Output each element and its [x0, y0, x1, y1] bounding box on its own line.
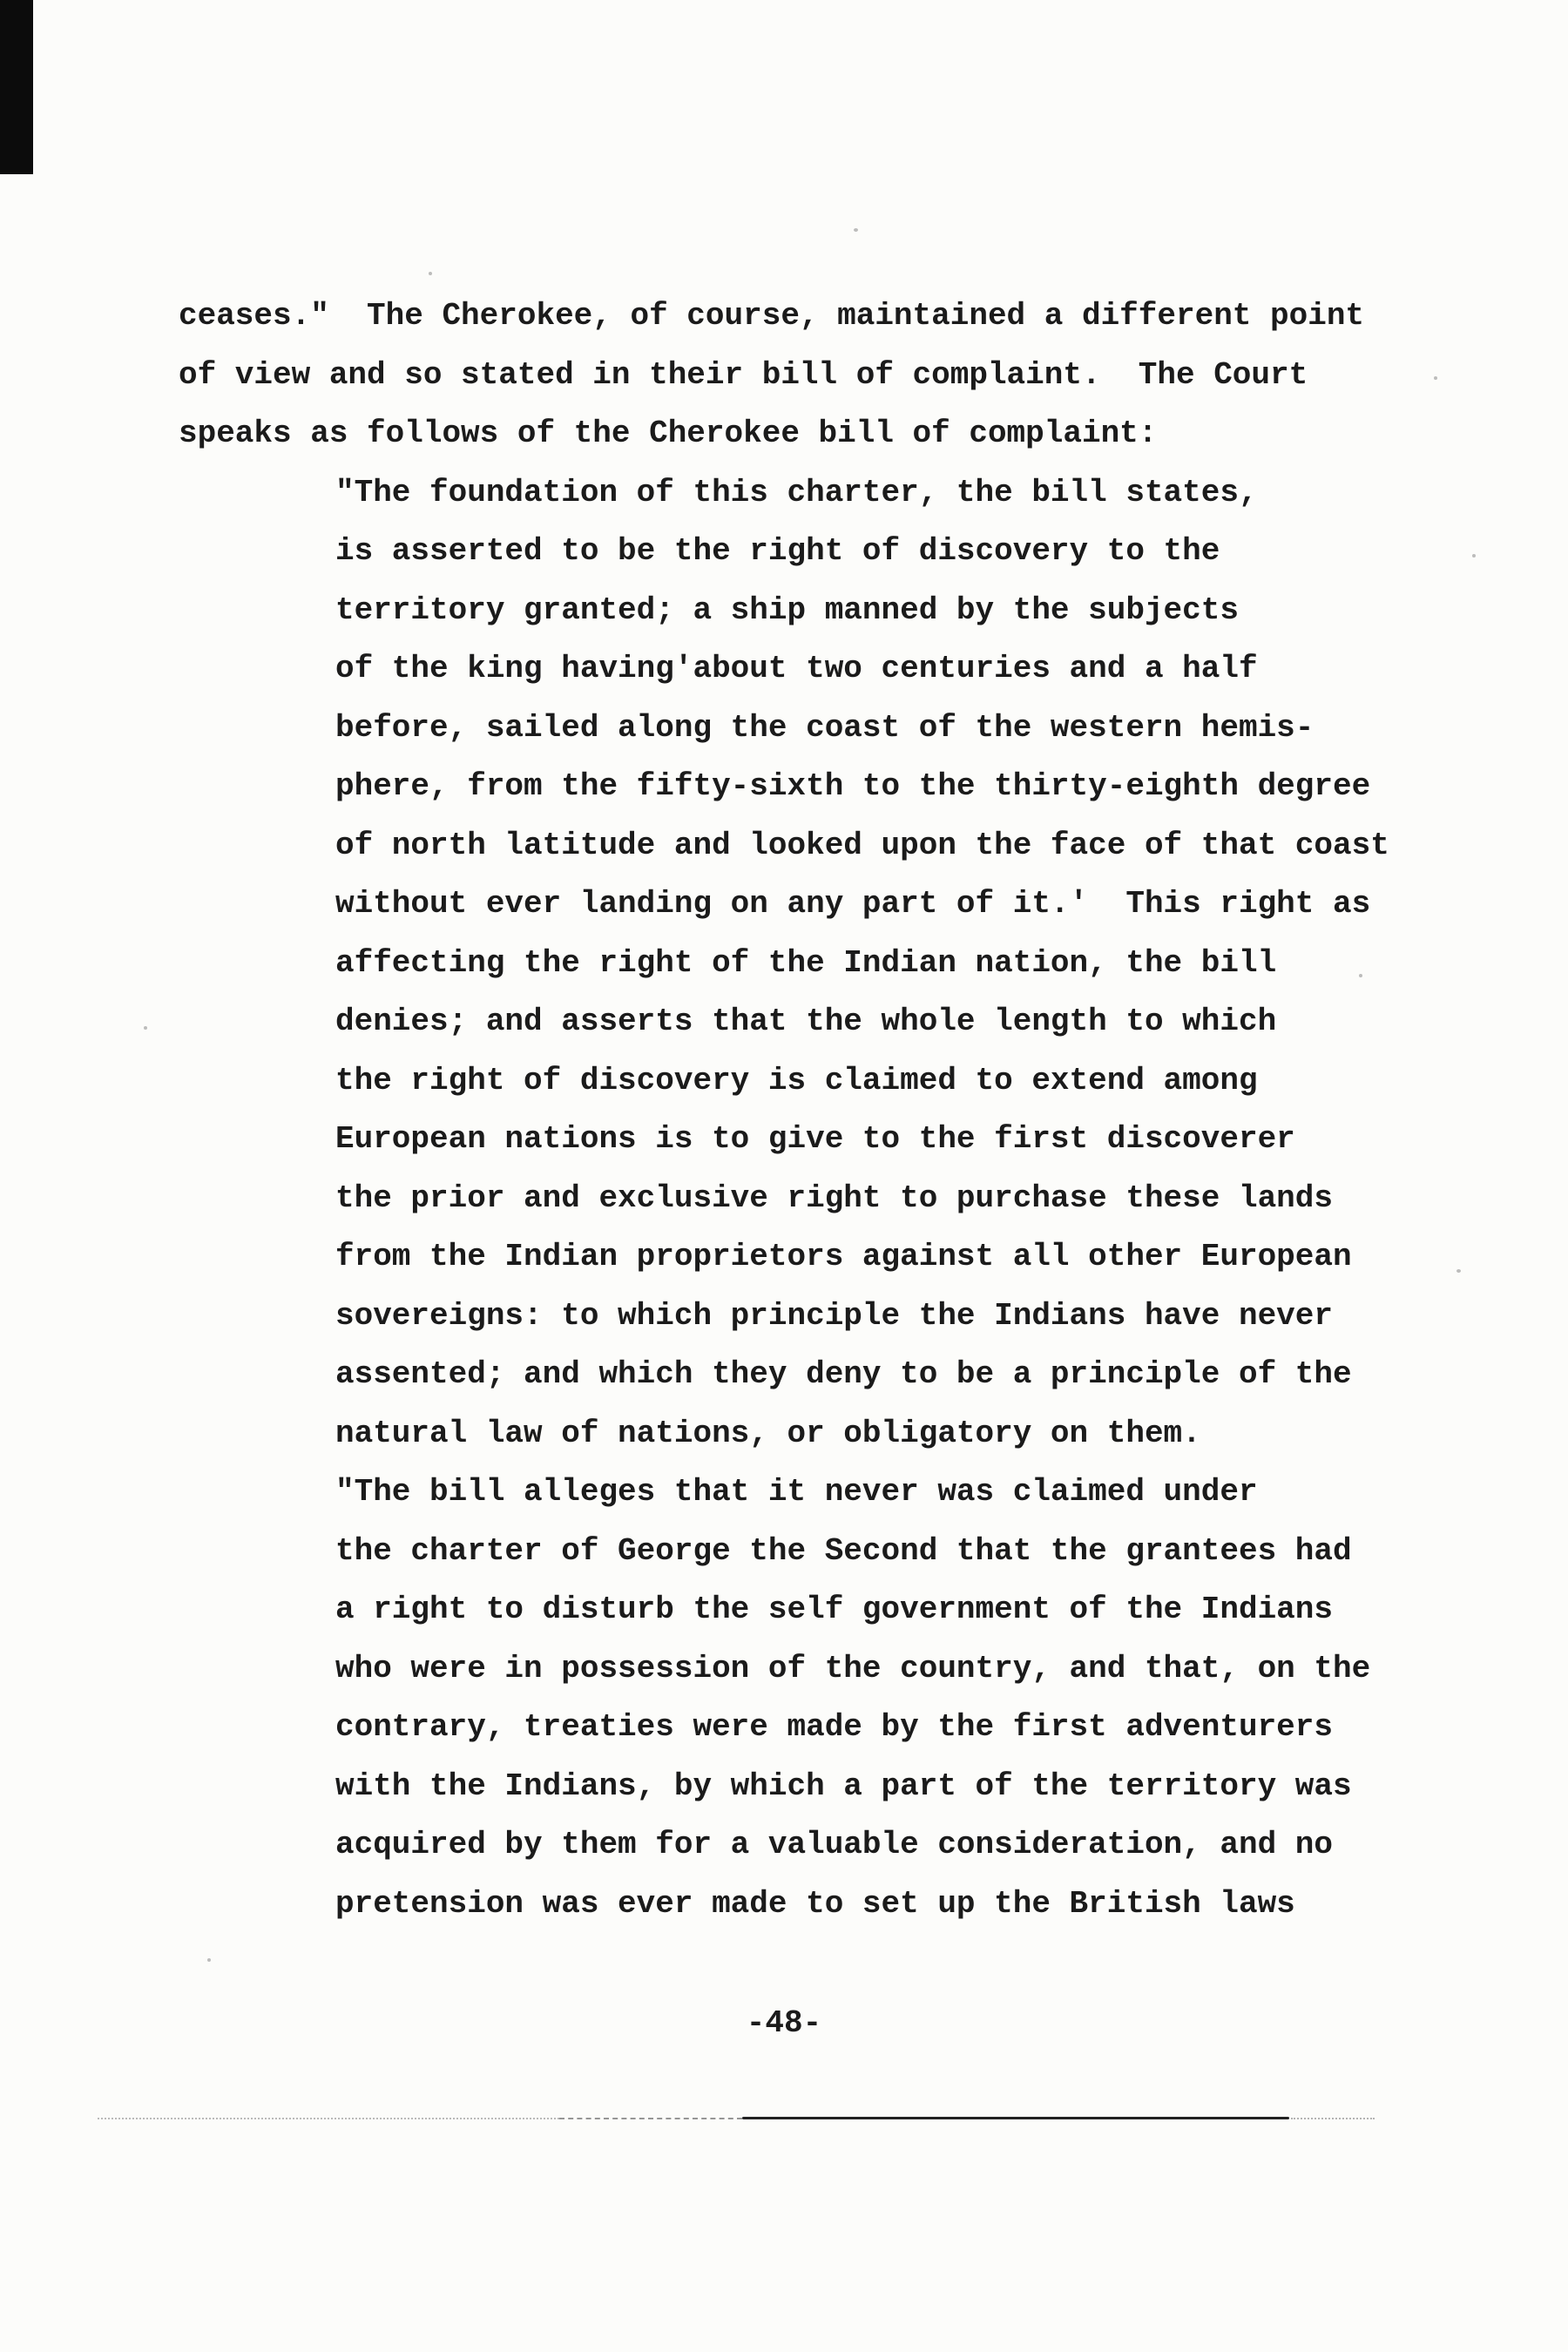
text-line: phere, from the fifty-sixth to the thirt…: [335, 757, 1485, 816]
text-line: from the Indian proprietors against all …: [335, 1227, 1485, 1287]
copier-rule-dash-mid: [559, 2118, 742, 2119]
scan-speck: [144, 1026, 147, 1030]
blockquote-court-opinion-1: "The foundation of this charter, the bil…: [179, 463, 1485, 1463]
scan-speck: [429, 272, 432, 275]
text-line: European nations is to give to the first…: [335, 1110, 1485, 1169]
text-line: territory granted; a ship manned by the …: [335, 581, 1485, 640]
scan-speck: [854, 228, 858, 232]
text-line: the charter of George the Second that th…: [335, 1522, 1485, 1581]
text-line: a right to disturb the self government o…: [335, 1580, 1485, 1639]
scan-speck: [1456, 1269, 1461, 1273]
text-line: of view and so stated in their bill of c…: [179, 346, 1485, 405]
text-line: the prior and exclusive right to purchas…: [335, 1169, 1485, 1228]
text-line: affecting the right of the Indian nation…: [335, 934, 1485, 993]
text-line: ceases." The Cherokee, of course, mainta…: [179, 287, 1485, 346]
document-page: ceases." The Cherokee, of course, mainta…: [0, 0, 1568, 2352]
blockquote-court-opinion-2: "The bill alleges that it never was clai…: [179, 1463, 1485, 1933]
text-line: natural law of nations, or obligatory on…: [335, 1404, 1485, 1463]
copier-rule-dots-right: [1291, 2118, 1375, 2119]
scan-speck: [1434, 376, 1437, 380]
text-line: "The bill alleges that it never was clai…: [335, 1463, 1485, 1522]
copier-rule-dots-left: [98, 2118, 559, 2119]
text-line: speaks as follows of the Cherokee bill o…: [179, 404, 1485, 463]
text-line: contrary, treaties were made by the firs…: [335, 1698, 1485, 1757]
scan-speck: [207, 1958, 211, 1962]
text-line: denies; and asserts that the whole lengt…: [335, 992, 1485, 1051]
scan-speck: [1472, 554, 1476, 558]
text-line: of north latitude and looked upon the fa…: [335, 816, 1485, 875]
text-line: "The foundation of this charter, the bil…: [335, 463, 1485, 523]
text-line: who were in possession of the country, a…: [335, 1639, 1485, 1699]
scan-artifact-corner-bar: [0, 0, 33, 174]
text-line: without ever landing on any part of it.'…: [335, 875, 1485, 934]
opening-paragraph: ceases." The Cherokee, of course, mainta…: [179, 287, 1485, 463]
text-line: with the Indians, by which a part of the…: [335, 1757, 1485, 1816]
copier-rule-solid: [742, 2117, 1289, 2119]
text-line: the right of discovery is claimed to ext…: [335, 1051, 1485, 1111]
text-line: before, sailed along the coast of the we…: [335, 699, 1485, 758]
text-line: is asserted to be the right of discovery…: [335, 522, 1485, 581]
scan-speck: [1359, 974, 1362, 977]
text-line: assented; and which they deny to be a pr…: [335, 1345, 1485, 1404]
text-line: acquired by them for a valuable consider…: [335, 1815, 1485, 1875]
body-text: ceases." The Cherokee, of course, mainta…: [179, 287, 1485, 1933]
page-number: -48-: [0, 1994, 1568, 2053]
text-line: sovereigns: to which principle the India…: [335, 1287, 1485, 1346]
text-line: pretension was ever made to set up the B…: [335, 1875, 1485, 1934]
text-line: of the king having'about two centuries a…: [335, 639, 1485, 699]
